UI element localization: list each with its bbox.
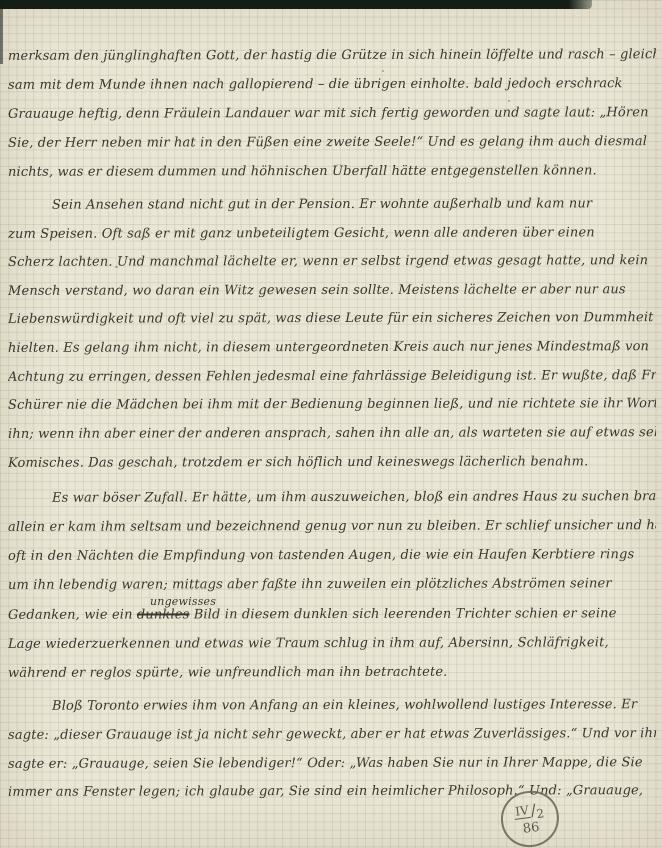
manuscript-line: Mensch verstand, wo daran ein Witz gewes… xyxy=(8,282,656,299)
manuscript-line: während er reglos spürte, wie unfreundli… xyxy=(8,664,656,681)
manuscript-line: nichts, was er diesem dummen und höhnisc… xyxy=(8,163,656,180)
manuscript-line: um ihn lebendig waren; mittags aber faßt… xyxy=(8,576,656,593)
stamp-page-number: 86 xyxy=(522,820,540,835)
stamp-roman-numeral: IV xyxy=(514,804,531,820)
paper-speck xyxy=(508,100,510,102)
manuscript-line-with-correction: Gedanken, wie ein dunkles Bild in diesem… xyxy=(8,606,656,623)
manuscript-line: allein er kam ihm seltsam und bezeichnen… xyxy=(8,518,656,535)
line-segment: Gedanken, wie ein xyxy=(8,608,137,623)
manuscript-line: sagte er: „Grauauge, seien Sie lebendige… xyxy=(8,755,656,772)
manuscript-line: Scherz lachten. Und manchmal lächelte er… xyxy=(8,253,656,270)
line-segment: Bild in diesem dunklen sich leerenden Tr… xyxy=(189,606,616,622)
manuscript-line: Schürer nie die Mädchen bei ihm mit der … xyxy=(8,396,656,413)
scan-edge-left xyxy=(0,0,3,64)
manuscript-line: Sein Ansehen stand nicht gut in der Pens… xyxy=(8,196,656,213)
interlinear-insertion: ungewisses xyxy=(150,595,216,608)
manuscript-line: Bloß Toronto erwies ihm von Anfang an ei… xyxy=(8,697,656,714)
manuscript-line: oft in den Nächten die Empfindung von ta… xyxy=(8,547,656,564)
manuscript-line: merksam den jünglinghaften Gott, der has… xyxy=(8,47,656,64)
paper-speck xyxy=(382,70,384,72)
manuscript-line: hielten. Es gelang ihm nicht, in diesem … xyxy=(8,339,656,356)
manuscript-line: Achtung zu erringen, dessen Fehlen jedes… xyxy=(8,368,656,385)
manuscript-line: Es war böser Zufall. Er hätte, um ihm au… xyxy=(8,489,656,506)
stamp-sub-number: 2 xyxy=(536,807,545,820)
scan-edge-top xyxy=(0,0,592,9)
manuscript-line: Sie, der Herr neben mir hat in den Füßen… xyxy=(8,134,656,151)
manuscript-line: Liebenswürdigkeit und oft viel zu spät, … xyxy=(8,310,656,327)
manuscript-line: immer ans Fenster legen; ich glaube gar,… xyxy=(8,783,656,800)
manuscript-line: ihn; wenn ihn aber einer der anderen ans… xyxy=(8,425,656,442)
archive-stamp-signature: IV / 2 xyxy=(514,802,545,821)
manuscript-line: sam mit dem Munde ihnen nach gallopieren… xyxy=(8,76,656,93)
struck-word: dunkles xyxy=(137,607,190,622)
manuscript-line: Komisches. Das geschah, trotzdem er sich… xyxy=(8,454,656,471)
manuscript-line: Lage wiederzuerkennen und etwas wie Trau… xyxy=(8,635,656,652)
manuscript-line: sagte: „dieser Grauauge ist ja nicht seh… xyxy=(8,726,656,743)
manuscript-paper: merksam den jünglinghaften Gott, der has… xyxy=(0,0,662,848)
manuscript-line: zum Speisen. Oft saß er mit ganz unbetei… xyxy=(8,225,656,242)
manuscript-line: Grauauge heftig, denn Fräulein Landauer … xyxy=(8,105,656,122)
